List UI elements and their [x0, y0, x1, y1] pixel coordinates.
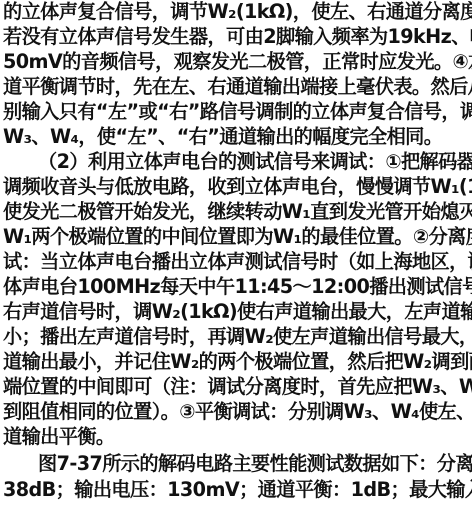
text-line: 的立体声复合信号，调节W₂(1kΩ)，使左、右通道分离度最佳。 — [3, 0, 472, 24]
text-line: 到阻值相同的位置）。③平衡调试：分别调W₃、W₄使左、右声 — [3, 400, 472, 424]
text-line: 调频收音头与低放电路，收到立体声电台，慢慢调节W₁(10kΩ) — [3, 175, 472, 199]
text-line: 小；播出左声道信号时，再调W₂使左声道输出信号最大，右声 — [3, 325, 472, 349]
document-page: 的立体声复合信号，调节W₂(1kΩ)，使左、右通道分离度最佳。 若没有立体声信号… — [0, 0, 475, 507]
text-line: 若没有立体声信号发生器，可由2脚输入频率为19kHz、幅度为 — [3, 25, 472, 49]
text-line: 50mV的音频信号，观察发光二极管，正常时应发光。④左、右通 — [3, 50, 472, 74]
text-line: 试：当立体声电台播出立体声测试信号时（如上海地区，调频立 — [3, 250, 472, 274]
text-line: 体声电台100MHz每天中午11:45～12:00播出测试信号），播出 — [3, 275, 472, 299]
text-line: W₃、W₄，使“左”、“右”通道输出的幅度完全相同。 — [3, 125, 472, 149]
text-line: 道输出最小，并记住W₂的两个极端位置，然后把W₂调到两个极 — [3, 350, 472, 374]
text-line: W₁两个极端位置的中间位置即为W₁的最佳位置。②分离度调 — [3, 225, 472, 249]
text-line: 右声道信号时，调W₂(1kΩ)使右声道输出最大，左声道输出最 — [3, 300, 472, 324]
text-line: 别输入只有“左”或“右”路信号调制的立体声复合信号，调节 — [3, 100, 472, 124]
text-line: 端位置的中间即可（注：调试分离度时，首先应把W₃、W₄旋 — [3, 375, 472, 399]
paragraph-start-line: 图7-37所示的解码电路主要性能测试数据如下：分离度： — [38, 452, 472, 476]
text-line: 38dB；输出电压：130mV；通道平衡：1dB；最大输入电平500mV。 — [3, 478, 472, 502]
text-line: 道平衡调节时，先在左、右通道输出端接上毫伏表。然后从2脚分 — [3, 75, 472, 99]
text-line: 道输出平衡。 — [3, 425, 472, 449]
text-line: 使发光二极管开始发光，继续转动W₁直到发光管开始熄灭，则 — [3, 200, 472, 224]
paragraph-heading-line: （2）利用立体声电台的测试信号来调试：①把解码器接上 — [38, 150, 472, 174]
